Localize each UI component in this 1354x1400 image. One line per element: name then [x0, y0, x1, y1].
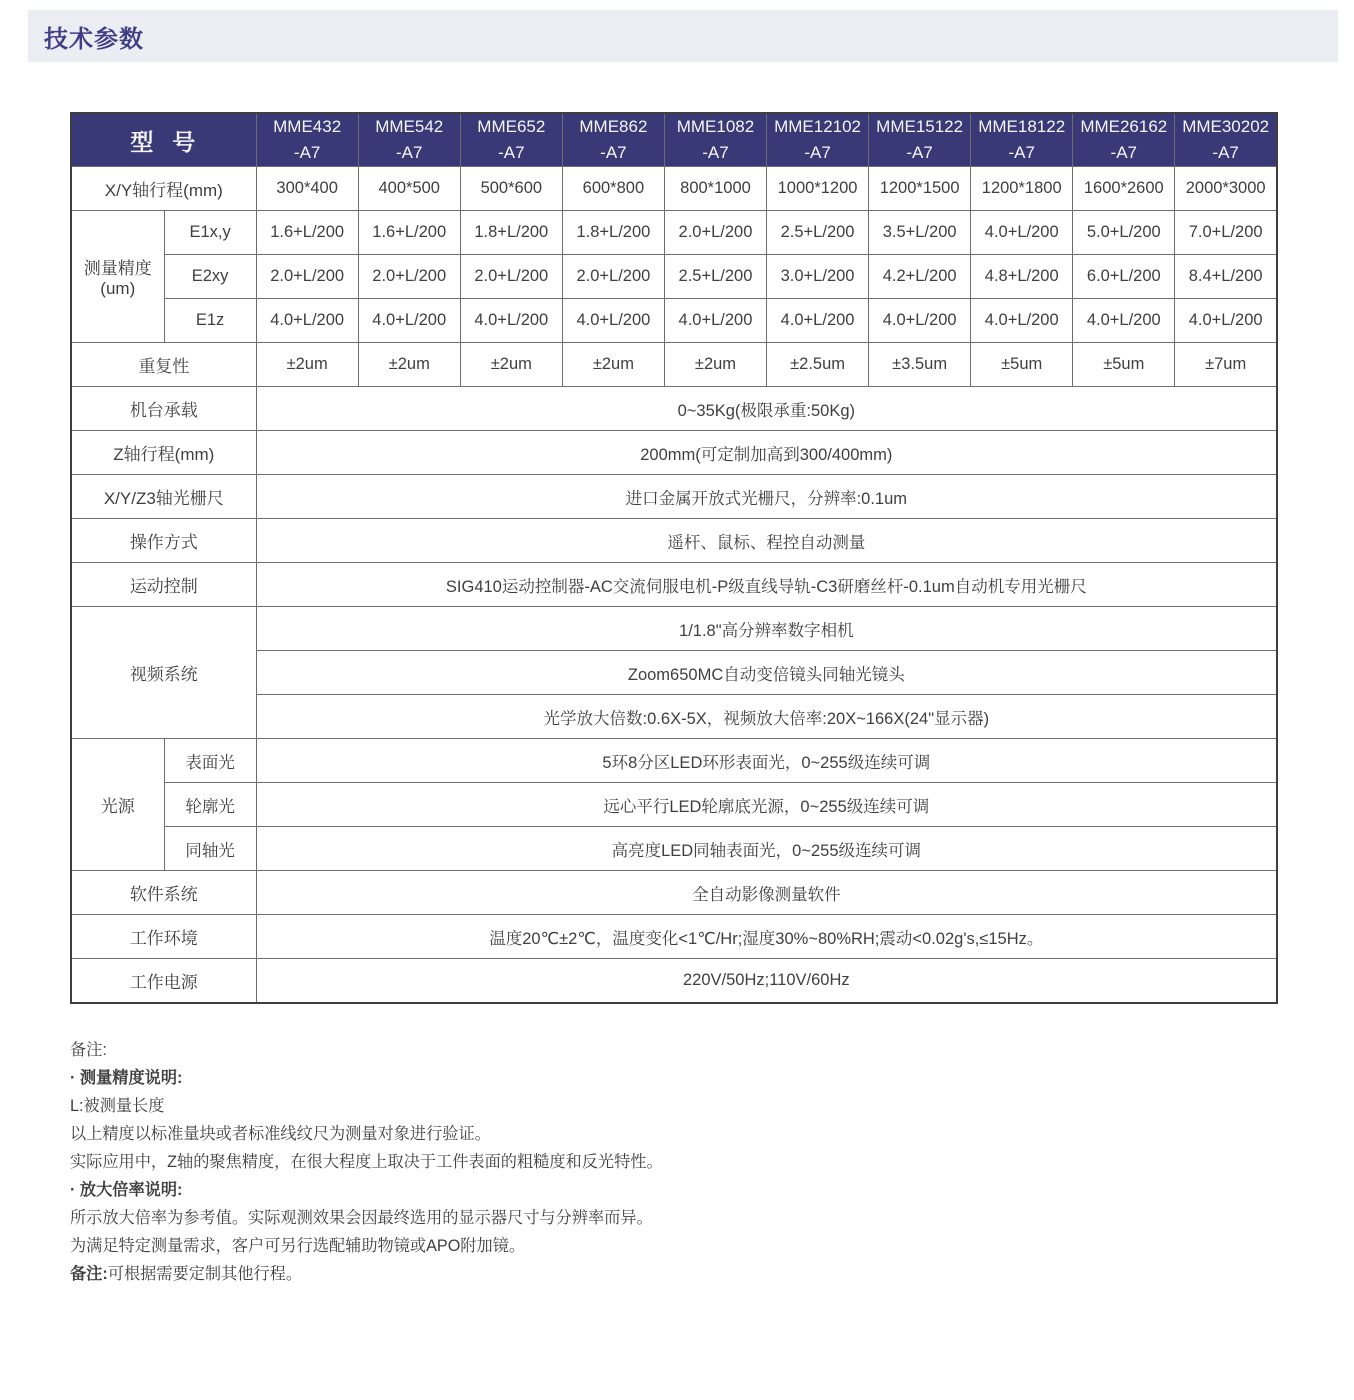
spec-value-cell: 4.2+L/200: [869, 255, 971, 299]
model-column-header: MME432-A7: [256, 113, 358, 167]
spec-value-cell: 300*400: [256, 167, 358, 211]
spec-value-cell: 1600*2600: [1073, 167, 1175, 211]
spec-value-cell: 8.4+L/200: [1175, 255, 1277, 299]
spec-value-cell: 0~35Kg(极限承重:50Kg): [256, 387, 1277, 431]
spec-value-cell: 500*600: [460, 167, 562, 211]
spec-value-cell: 1200*1800: [971, 167, 1073, 211]
accuracy-row-e2xy: E2xy 2.0+L/200 2.0+L/200 2.0+L/200 2.0+L…: [71, 255, 1277, 299]
spec-value-cell: 高亮度LED同轴表面光，0~255级连续可调: [256, 827, 1277, 871]
spec-value-cell: ±3.5um: [869, 343, 971, 387]
row-label-light: 光源: [71, 739, 164, 871]
z-travel-row: Z轴行程(mm) 200mm(可定制加高到300/400mm): [71, 431, 1277, 475]
spec-value-cell: ±2um: [358, 343, 460, 387]
note-final-text: 可根据需要定制其他行程。: [108, 1265, 302, 1283]
model-header-label: 型 号: [71, 113, 256, 167]
note-line: 所示放大倍率为参考值。实际观测效果会因最终选用的显示器尺寸与分辨率而异。: [70, 1204, 1354, 1232]
spec-value-cell: 2000*3000: [1175, 167, 1277, 211]
spec-value-cell: ±2.5um: [767, 343, 869, 387]
repeatability-row: 重复性 ±2um ±2um ±2um ±2um ±2um ±2.5um ±3.5…: [71, 343, 1277, 387]
spec-value-cell: 2.0+L/200: [664, 211, 766, 255]
spec-value-cell: 光学放大倍数:0.6X-5X，视频放大倍率:20X~166X(24"显示器): [256, 695, 1277, 739]
model-column-header: MME18122-A7: [971, 113, 1073, 167]
row-label-video: 视频系统: [71, 607, 256, 739]
power-row: 工作电源 220V/50Hz;110V/60Hz: [71, 959, 1277, 1003]
spec-value-cell: 7.0+L/200: [1175, 211, 1277, 255]
row-sublabel: E1z: [164, 299, 256, 343]
note-line: 实际应用中，Z轴的聚焦精度，在很大程度上取决于工件表面的粗糙度和反光特性。: [70, 1148, 1354, 1176]
note-final-line: 备注:可根据需要定制其他行程。: [70, 1260, 1354, 1288]
row-sublabel: 轮廓光: [164, 783, 256, 827]
spec-value-cell: 1200*1500: [869, 167, 971, 211]
operation-row: 操作方式 遥杆、鼠标、程控自动测量: [71, 519, 1277, 563]
spec-value-cell: 1.8+L/200: [562, 211, 664, 255]
spec-value-cell: 4.0+L/200: [767, 299, 869, 343]
spec-value-cell: SIG410运动控制器-AC交流伺服电机-P级直线导轨-C3研磨丝杆-0.1um…: [256, 563, 1277, 607]
accuracy-row-e1z: E1z 4.0+L/200 4.0+L/200 4.0+L/200 4.0+L/…: [71, 299, 1277, 343]
spec-value-cell: 4.0+L/200: [971, 211, 1073, 255]
model-column-header: MME542-A7: [358, 113, 460, 167]
spec-value-cell: 1.6+L/200: [256, 211, 358, 255]
spec-value-cell: 3.5+L/200: [869, 211, 971, 255]
spec-value-cell: 4.0+L/200: [460, 299, 562, 343]
row-label: 工作环境: [71, 915, 256, 959]
row-label: 工作电源: [71, 959, 256, 1003]
spec-value-cell: 2.0+L/200: [256, 255, 358, 299]
spec-value-cell: 220V/50Hz;110V/60Hz: [256, 959, 1277, 1003]
notes-section: 备注: · 测量精度说明: L:被测量长度 以上精度以标准量块或者标准线纹尺为测…: [70, 1036, 1354, 1288]
spec-value-cell: 1.8+L/200: [460, 211, 562, 255]
motion-control-row: 运动控制 SIG410运动控制器-AC交流伺服电机-P级直线导轨-C3研磨丝杆-…: [71, 563, 1277, 607]
row-sublabel: E2xy: [164, 255, 256, 299]
light-row-contour: 轮廓光 远心平行LED轮廓底光源，0~255级连续可调: [71, 783, 1277, 827]
spec-value-cell: ±2um: [664, 343, 766, 387]
spec-value-cell: 4.0+L/200: [1175, 299, 1277, 343]
environment-row: 工作环境 温度20℃±2℃，温度变化<1℃/Hr;湿度30%~80%RH;震动<…: [71, 915, 1277, 959]
spec-table: 型 号 MME432-A7 MME542-A7 MME652-A7 MME862…: [70, 112, 1278, 1004]
row-sublabel: E1x,y: [164, 211, 256, 255]
spec-value-cell: 3.0+L/200: [767, 255, 869, 299]
spec-value-cell: 1.6+L/200: [358, 211, 460, 255]
note-line: 为满足特定测量需求，客户可另行选配辅助物镜或APO附加镜。: [70, 1232, 1354, 1260]
spec-value-cell: ±5um: [1073, 343, 1175, 387]
section-title-banner: 技术参数: [28, 10, 1338, 62]
spec-value-cell: 400*500: [358, 167, 460, 211]
row-label: 软件系统: [71, 871, 256, 915]
spec-value-cell: 4.0+L/200: [256, 299, 358, 343]
model-header-row: 型 号 MME432-A7 MME542-A7 MME652-A7 MME862…: [71, 113, 1277, 167]
spec-value-cell: 4.8+L/200: [971, 255, 1073, 299]
note-accuracy-title: · 测量精度说明:: [70, 1064, 1354, 1092]
spec-value-cell: 2.5+L/200: [664, 255, 766, 299]
spec-value-cell: 800*1000: [664, 167, 766, 211]
spec-value-cell: 200mm(可定制加高到300/400mm): [256, 431, 1277, 475]
spec-value-cell: ±2um: [562, 343, 664, 387]
spec-value-cell: ±2um: [460, 343, 562, 387]
note-line: L:被测量长度: [70, 1092, 1354, 1120]
row-label-accuracy: 测量精度 (um): [71, 211, 164, 343]
model-column-header: MME652-A7: [460, 113, 562, 167]
spec-value-cell: 温度20℃±2℃，温度变化<1℃/Hr;湿度30%~80%RH;震动<0.02g…: [256, 915, 1277, 959]
video-row-1: 视频系统 1/1.8"高分辨率数字相机: [71, 607, 1277, 651]
spec-value-cell: 2.5+L/200: [767, 211, 869, 255]
spec-value-cell: 4.0+L/200: [971, 299, 1073, 343]
light-row-coaxial: 同轴光 高亮度LED同轴表面光，0~255级连续可调: [71, 827, 1277, 871]
row-label: X/Y轴行程(mm): [71, 167, 256, 211]
spec-value-cell: 5环8分区LED环形表面光，0~255级连续可调: [256, 739, 1277, 783]
spec-value-cell: ±7um: [1175, 343, 1277, 387]
spec-value-cell: 4.0+L/200: [562, 299, 664, 343]
model-column-header: MME15122-A7: [869, 113, 971, 167]
page-title: 技术参数: [44, 19, 144, 54]
note-magnification-title: · 放大倍率说明:: [70, 1176, 1354, 1204]
spec-value-cell: 2.0+L/200: [358, 255, 460, 299]
row-sublabel: 同轴光: [164, 827, 256, 871]
row-label: 操作方式: [71, 519, 256, 563]
model-column-header: MME12102-A7: [767, 113, 869, 167]
row-sublabel: 表面光: [164, 739, 256, 783]
note-line: 备注:: [70, 1036, 1354, 1064]
spec-value-cell: 4.0+L/200: [358, 299, 460, 343]
spec-value-cell: Zoom650MC自动变倍镜头同轴光镜头: [256, 651, 1277, 695]
accuracy-row-e1xy: 测量精度 (um) E1x,y 1.6+L/200 1.6+L/200 1.8+…: [71, 211, 1277, 255]
row-label: X/Y/Z3轴光栅尺: [71, 475, 256, 519]
row-label: Z轴行程(mm): [71, 431, 256, 475]
xy-travel-row: X/Y轴行程(mm) 300*400 400*500 500*600 600*8…: [71, 167, 1277, 211]
note-line: 以上精度以标准量块或者标准线纹尺为测量对象进行验证。: [70, 1120, 1354, 1148]
row-label: 重复性: [71, 343, 256, 387]
spec-value-cell: 1/1.8"高分辨率数字相机: [256, 607, 1277, 651]
row-label: 机台承载: [71, 387, 256, 431]
model-column-header: MME30202-A7: [1175, 113, 1277, 167]
spec-value-cell: 4.0+L/200: [664, 299, 766, 343]
load-row: 机台承载 0~35Kg(极限承重:50Kg): [71, 387, 1277, 431]
spec-value-cell: 5.0+L/200: [1073, 211, 1175, 255]
model-column-header: MME26162-A7: [1073, 113, 1175, 167]
spec-value-cell: ±5um: [971, 343, 1073, 387]
spec-value-cell: 遥杆、鼠标、程控自动测量: [256, 519, 1277, 563]
spec-value-cell: 远心平行LED轮廓底光源，0~255级连续可调: [256, 783, 1277, 827]
spec-value-cell: 2.0+L/200: [460, 255, 562, 299]
spec-value-cell: 4.0+L/200: [1073, 299, 1175, 343]
scale-row: X/Y/Z3轴光栅尺 进口金属开放式光栅尺，分辨率:0.1um: [71, 475, 1277, 519]
row-label: 运动控制: [71, 563, 256, 607]
spec-value-cell: 2.0+L/200: [562, 255, 664, 299]
spec-value-cell: 4.0+L/200: [869, 299, 971, 343]
software-row: 软件系统 全自动影像测量软件: [71, 871, 1277, 915]
spec-value-cell: 600*800: [562, 167, 664, 211]
spec-value-cell: ±2um: [256, 343, 358, 387]
note-final-prefix: 备注:: [70, 1265, 108, 1283]
spec-value-cell: 全自动影像测量软件: [256, 871, 1277, 915]
light-row-surface: 光源 表面光 5环8分区LED环形表面光，0~255级连续可调: [71, 739, 1277, 783]
spec-value-cell: 进口金属开放式光栅尺，分辨率:0.1um: [256, 475, 1277, 519]
model-column-header: MME1082-A7: [664, 113, 766, 167]
spec-value-cell: 1000*1200: [767, 167, 869, 211]
spec-value-cell: 6.0+L/200: [1073, 255, 1175, 299]
model-column-header: MME862-A7: [562, 113, 664, 167]
